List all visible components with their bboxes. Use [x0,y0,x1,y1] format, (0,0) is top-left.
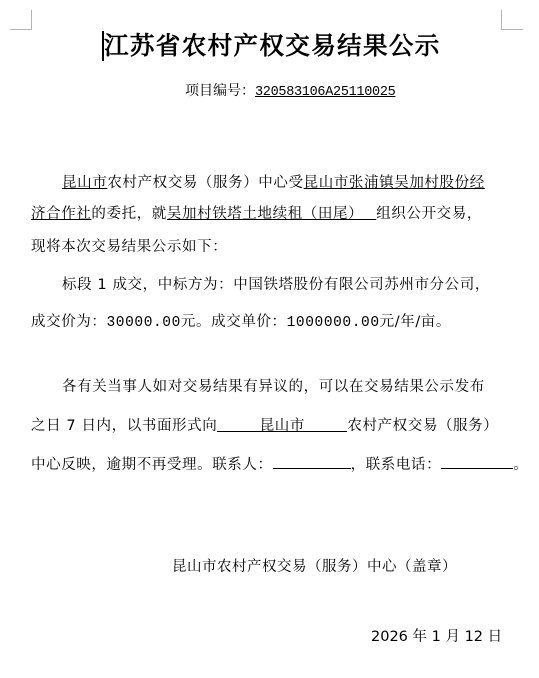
client-name-part1: 昆山市张浦镇吴加村股份经 [304,175,485,191]
unit-price-label: 元。成交单价： [181,314,287,330]
unit-price-suffix: 元/年/亩。 [380,314,451,330]
contact-person-blank [273,452,351,469]
paragraph2-line2: 成交价为：30000.00元。成交单价：1000000.00元/年/亩。 [31,311,451,334]
project-number-line: 项目编号：320583106A25110025 [185,81,395,103]
paragraph1-text: 的委托，就 [91,206,167,222]
contact-phone-blank [441,452,513,469]
client-name-part2: 济合作社 [31,206,91,222]
paragraph3-line1: 各有关当事人如对交易结果有异议的，可以在交易结果公示发布 [62,376,485,398]
paragraph3-line3: 中心反映，逾期不再受理。联系人：，联系电话：。 [31,452,528,476]
page-corner-mark-top-left [10,10,32,30]
deal-price-label: 成交价为： [31,314,107,330]
contact-person-label: 中心反映，逾期不再受理。联系人： [31,457,273,473]
trading-center-city: 昆山市 [62,175,107,191]
page-corner-mark-top-right [501,10,523,30]
sentence-end: 。 [513,457,528,473]
unit-price-value: 1000000.00 [287,315,380,331]
objection-text: 之日 7 日内，以书面形式向 [31,418,217,434]
document-title: 江苏省农村产权交易结果公示 [104,30,424,62]
paragraph1-line2: 济合作社的委托，就吴加村铁塔土地续租（田尾） 组织公开交易， [31,203,482,225]
project-number-value: 320583106A25110025 [255,85,395,100]
paragraph1-line3: 现将本次交易结果公示如下： [31,236,227,258]
deal-price-value: 30000.00 [107,315,181,331]
signature-line: 昆山市农村产权交易（服务）中心（盖章） [172,556,457,578]
objection-text: 农村产权交易（服务） [347,418,498,434]
paragraph1-line1: 昆山市农村产权交易（服务）中心受昆山市张浦镇吴加村股份经 [62,172,485,194]
project-name: 吴加村铁塔土地续租（田尾） [167,206,376,222]
paragraph1-text: 组织公开交易， [376,206,482,222]
document-date: 2026 年 1 月 12 日 [371,626,502,648]
paragraph2-line1: 标段 1 成交，中标方为：中国铁塔股份有限公司苏州市分公司， [62,274,490,296]
project-number-label: 项目编号： [185,83,255,99]
paragraph3-line2: 之日 7 日内，以书面形式向昆山市农村产权交易（服务） [31,415,498,437]
objection-center-city-blank: 昆山市 [217,415,347,432]
contact-phone-label: ，联系电话： [351,457,442,473]
paragraph1-text: 农村产权交易（服务）中心受 [107,175,303,191]
